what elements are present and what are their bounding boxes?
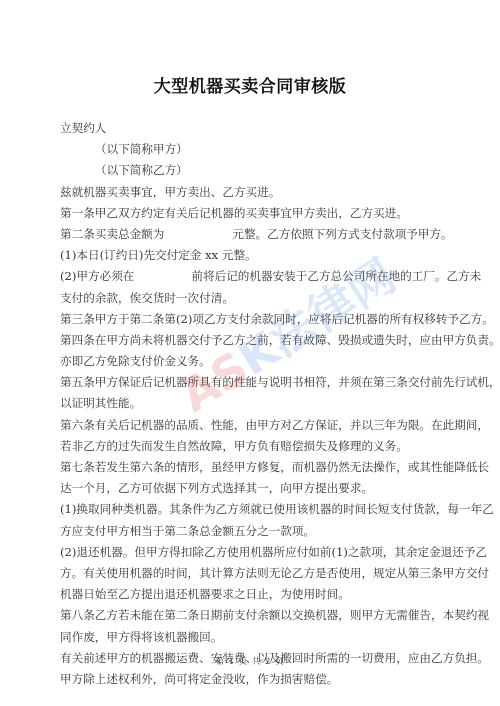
article-7-cont: 达一个月，乙方可依据下列方式选择其一，向甲方提出要求。 bbox=[60, 478, 470, 499]
article-2-text-b: 元整。乙方依照下列方式支付款项予甲方。 bbox=[232, 227, 452, 241]
article-2-item-1: (1)本日(订约日)先交付定金 xx 元整。 bbox=[60, 245, 470, 266]
party-b-line: （以下简称乙方） bbox=[60, 160, 470, 181]
article-7-item-1: (1)换取同种类机器。其条件为乙方须就已使用该机器的时间长短支付货款，每一年乙 bbox=[60, 499, 470, 520]
article-2-item-2: (2)甲方必须在前将后记的机器安装于乙方总公司所在地的工厂。乙方未 bbox=[60, 266, 470, 287]
article-6-cont: 若非乙方的过失而发生自然故障，甲方负有赔偿损失及修理的义务。 bbox=[60, 436, 470, 457]
article-4: 第四条在甲方尚未将机器交付予乙方之前，若有故障、毁损或遗失时，应由甲方负责。 bbox=[60, 330, 470, 351]
article-2-text-a: 第二条买卖总金额为 bbox=[60, 227, 164, 241]
article-8: 第八条乙方若未能在第二条日期前支付余额以交换机器，则甲方无需催告，本契约视 bbox=[60, 605, 470, 626]
article-4-cont: 亦即乙方免除支付价金义务。 bbox=[60, 351, 470, 372]
document-title: 大型机器买卖合同审核版 bbox=[0, 72, 500, 97]
article-5: 第五条甲方保证后记机器所具有的性能与说明书相符，并须在第三条交付前先行试机， bbox=[60, 372, 470, 393]
article-7-item-1-cont: 方应支付甲方相当于第二条总金额五分之一款项。 bbox=[60, 521, 470, 542]
article-6: 第六条有关后记机器的品质、性能，由甲方对乙方保证，并以三年为限。在此期间， bbox=[60, 415, 470, 436]
article-2-item-2-text-a: (2)甲方必须在 bbox=[60, 269, 134, 283]
document-body: 立契约人 （以下简称甲方） （以下简称乙方） 兹就机器买卖事宜，甲方卖出、乙方买… bbox=[60, 118, 470, 690]
article-2: 第二条买卖总金额为元整。乙方依照下列方式支付款项予甲方。 bbox=[60, 224, 470, 245]
article-8-cont: 同作废，甲方得将该机器搬回。 bbox=[60, 627, 470, 648]
article-2-item-2-cont: 支付的余款，俟交货时一次付清。 bbox=[60, 288, 470, 309]
article-7-item-2-cont-2: 机器日始至乙方提出退还机器要求之日止，为使用时间。 bbox=[60, 584, 470, 605]
article-7-item-2-cont-1: 方。有关使用机器的时间，其计算方法则无论乙方是否使用，规定从第三条甲方交付 bbox=[60, 563, 470, 584]
document-page: 大型机器买卖合同审核版 立契约人 （以下简称甲方） （以下简称乙方） 兹就机器买… bbox=[0, 0, 500, 706]
article-1: 第一条甲乙双方约定有关后记机器的买卖事宜甲方卖出，乙方买进。 bbox=[60, 203, 470, 224]
article-5-cont: 以证明其性能。 bbox=[60, 393, 470, 414]
article-2-item-2-text-b: 前将后记的机器安装于乙方总公司所在地的工厂。乙方未 bbox=[191, 269, 481, 283]
article-7-item-2: (2)退还机器。但甲方得扣除乙方使用机器所应付如前(1)之款项，其余定金退还予乙 bbox=[60, 542, 470, 563]
deposit-clause: 甲方除上述权利外，尚可将定金没收，作为损害赔偿。 bbox=[60, 669, 470, 690]
preamble-line: 兹就机器买卖事宜，甲方卖出、乙方买进。 bbox=[60, 182, 470, 203]
page-number: 第 1 页 共 2 页 bbox=[0, 655, 500, 667]
article-3: 第三条甲方于第二条第(2)项乙方支付余款同时，应将后记机器的所有权移转予乙方。 bbox=[60, 309, 470, 330]
article-7: 第七条若发生第六条的情形，虽经甲方修复，而机器仍然无法操作，或其性能降低长 bbox=[60, 457, 470, 478]
party-line: 立契约人 bbox=[60, 118, 470, 139]
party-a-line: （以下简称甲方） bbox=[60, 139, 470, 160]
